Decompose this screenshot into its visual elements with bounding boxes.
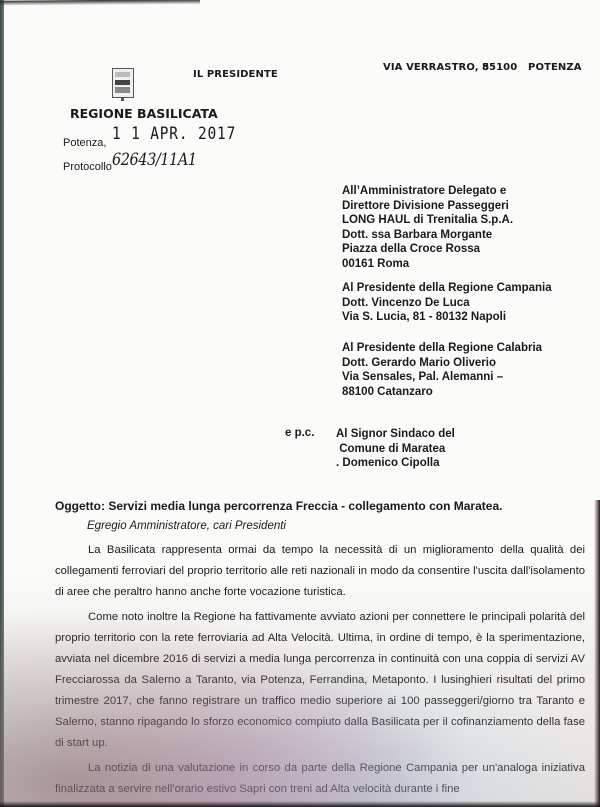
recipient-line: Direttore Divisione Passeggeri	[342, 199, 513, 214]
recipient-line: All’Amministratore Delegato e	[342, 184, 513, 199]
recipient-line: Dott. Vincenzo De Luca	[342, 296, 552, 311]
recipient-trenitalia: All’Amministratore Delegato e Direttore …	[342, 184, 513, 271]
recipient-line: 00161 Roma	[342, 257, 513, 272]
protocol-number: 62643/11A1	[112, 150, 197, 170]
protocol-label: Protocollo	[63, 161, 112, 173]
recipient-line: Dott. Gerardo Mario Oliverio	[342, 356, 542, 371]
recipient-line: Dott. ssa Barbara Morgante	[342, 228, 513, 243]
cc-recipient: Al Signor Sindaco del Comune di Maratea …	[336, 427, 455, 471]
body-paragraph: La Basilicata rappresenta ormai da tempo…	[55, 540, 585, 603]
recipient-line: Al Presidente della Regione Calabria	[342, 341, 542, 356]
letterhead-address: VIA VERRASTRO, 5	[383, 62, 489, 73]
scan-page-edge	[0, 0, 4, 807]
date-stamp: 1 1 APR. 2017	[112, 124, 236, 144]
organization-name: REGIONE BASILICATA	[70, 106, 218, 121]
body-paragraph: Come noto inoltre la Regione ha fattivam…	[55, 607, 585, 754]
letter-subject: Oggetto: Servizi media lunga percorrenza…	[55, 499, 502, 513]
cc-line: Comune di Maratea	[336, 442, 455, 457]
letter-body: La Basilicata rappresenta ormai da tempo…	[55, 540, 585, 800]
letter-greeting: Egregio Amministratore, cari Presidenti	[87, 520, 286, 532]
place-label: Potenza,	[63, 137, 106, 149]
recipient-calabria: Al Presidente della Regione Calabria Dot…	[342, 341, 542, 399]
scan-right-edge	[594, 500, 600, 807]
cc-label: e p.c.	[285, 427, 314, 439]
recipient-line: Via Sensales, Pal. Alemanni –	[342, 370, 542, 385]
cc-line: Al Signor Sindaco del	[336, 427, 455, 442]
body-paragraph: La notizia di una valutazione in corso d…	[55, 758, 585, 800]
letterhead-postcode-city: 85100 POTENZA	[482, 62, 582, 73]
recipient-line: Via S. Lucia, 81 - 80132 Napoli	[342, 310, 552, 325]
recipient-line: 88100 Catanzaro	[342, 385, 542, 400]
cc-line: . Domenico Cipolla	[336, 456, 455, 471]
recipient-line: Piazza della Croce Rossa	[342, 242, 513, 257]
recipient-campania: Al Presidente della Regione Campania Dot…	[342, 281, 552, 325]
scan-fold-mark	[0, 0, 200, 6]
recipient-line: LONG HAUL di Trenitalia S.p.A.	[342, 213, 513, 228]
regional-coat-of-arms-icon	[112, 68, 134, 98]
letterhead-title: IL PRESIDENTE	[193, 69, 278, 80]
scan-bottom-edge	[0, 801, 600, 807]
recipient-line: Al Presidente della Regione Campania	[342, 281, 552, 296]
